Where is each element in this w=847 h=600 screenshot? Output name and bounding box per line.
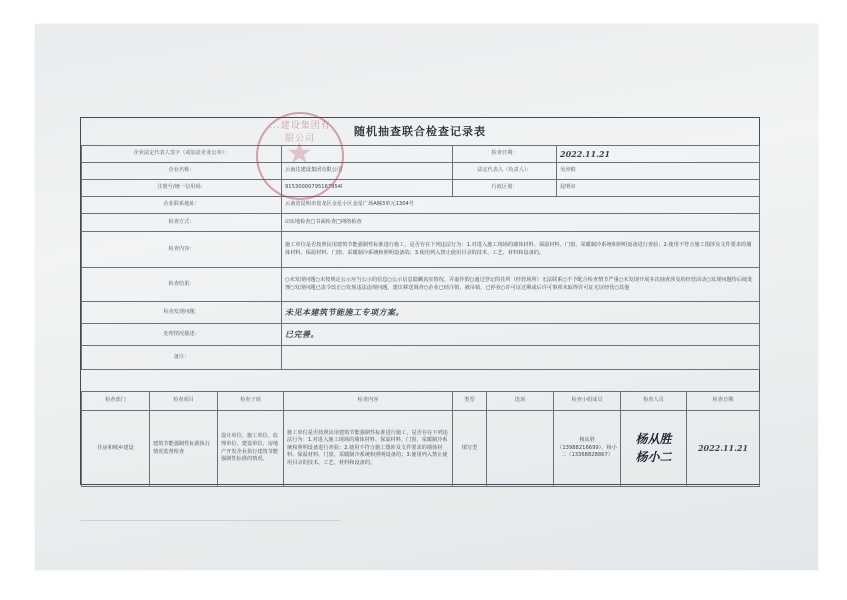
inspect-date-label: 检查日期： <box>453 146 557 163</box>
header-item: 检查项目 <box>150 392 218 411</box>
row-department: 住房和城乡建设 <box>82 411 150 487</box>
rep-sign-value <box>282 146 453 163</box>
remarks-value <box>282 346 760 370</box>
inspector-signature-2: 杨小二 <box>624 449 683 466</box>
address-label: 企业联系地址： <box>82 197 282 214</box>
row-type: 填写型 <box>453 411 487 487</box>
row-content: 施工单位是否按照民用建筑节能强制性标准进行施工，是否存在下列违法行为：1.对进入… <box>284 411 453 487</box>
form-fields-table: 企业法定代表人签字（或加盖企业公章）： 检查日期： 2022.11.21 企业名… <box>81 145 760 370</box>
header-date: 检查日期 <box>687 392 760 411</box>
table-row: 住房和城乡建设 建筑节能强制性标准执行情况监督检查 设计单位、施工单位、监理单位… <box>82 411 760 487</box>
row-handling: 处理情况描述： 已完善。 <box>82 324 760 346</box>
header-inspectors: 检查人员 <box>621 392 687 411</box>
row-address: 企业联系地址： 云南省昆明市盘龙区金星小区金星广场A幢3单元1304号 <box>82 197 760 214</box>
findings-label: 检查发现问题： <box>82 302 282 324</box>
header-subitem: 检查子项 <box>218 392 284 411</box>
header-department: 检查部门 <box>82 392 150 411</box>
result-value: ○未发现问题○未按规定公示应当公示的信息○公示信息隐瞒真实情况、弄虚作假○通过登… <box>282 268 760 302</box>
row-rep-sign: 企业法定代表人签字（或加盖企业公章）： 检查日期： 2022.11.21 <box>82 146 760 163</box>
legal-rep-label: 法定代表人（负责人）： <box>453 163 557 180</box>
row-result: 检查结果： ○未发现问题○未按规定公示应当公示的信息○公示信息隐瞒真实情况、弄虚… <box>82 268 760 302</box>
reg-no-value: 91530000795167954l <box>282 180 453 197</box>
company-name-label: 企业名称： <box>82 163 282 180</box>
remarks-label: 备注： <box>82 346 282 370</box>
inspector-signature-1: 杨从胜 <box>624 431 683 448</box>
result-label: 检查结果： <box>82 268 282 302</box>
findings-value: 未见本建筑节能施工专项方案。 <box>282 302 760 324</box>
content-label: 检查内容： <box>82 232 282 268</box>
row-item: 建筑节能强制性标准执行情况监督检查 <box>150 411 218 487</box>
paper-crease <box>80 520 340 521</box>
row-members: 杨从胜（13988216699）、杨小二（13368828867） <box>554 411 621 487</box>
content-value: 施工单位是否按照民用建筑节能强制性标准进行施工，是否存在下列违法行为：1.对进入… <box>282 232 760 268</box>
row-remarks: 备注： <box>82 346 760 370</box>
header-type: 类型 <box>453 392 487 411</box>
detail-header-row: 检查部门 检查项目 检查子项 检查内容 类型 选项 检查小组成员 检查人员 检查… <box>82 392 760 411</box>
row-date: 2022.11.21 <box>687 411 760 487</box>
row-findings: 检查发现问题： 未见本建筑节能施工专项方案。 <box>82 302 760 324</box>
company-name-value: 云南达建设集团有限公司 <box>282 163 453 180</box>
inspection-form: 随机抽查联合检查记录表 企业法定代表人签字（或加盖企业公章）： 检查日期： 20… <box>80 117 760 485</box>
row-content: 检查内容： 施工单位是否按照民用建筑节能强制性标准进行施工，是否存在下列违法行为… <box>82 232 760 268</box>
rep-sign-label: 企业法定代表人签字（或加盖企业公章）： <box>82 146 282 163</box>
address-value: 云南省昆明市盘龙区金星小区金星广场A幢3单元1304号 <box>282 197 760 214</box>
row-inspectors: 杨从胜 杨小二 <box>621 411 687 487</box>
legal-rep-value: 吴应柏 <box>557 163 760 180</box>
header-option: 选项 <box>487 392 554 411</box>
method-value: ☑实地检查□书面检查□网络检查 <box>282 214 760 232</box>
form-title: 随机抽查联合检查记录表 <box>81 118 759 146</box>
row-subitem: 设计单位、施工单位、监理单位、建设单位、房地产开发企业执行建筑节能强制性标准的情… <box>218 411 284 487</box>
inspection-detail-table: 检查部门 检查项目 检查子项 检查内容 类型 选项 检查小组成员 检查人员 检查… <box>81 391 760 487</box>
admin-region-value: 昆明市 <box>557 180 760 197</box>
row-reg-no: 注册号/统一信用码： 91530000795167954l 行政区划： 昆明市 <box>82 180 760 197</box>
header-content: 检查内容 <box>284 392 453 411</box>
handling-label: 处理情况描述： <box>82 324 282 346</box>
reg-no-label: 注册号/统一信用码： <box>82 180 282 197</box>
inspect-date-value: 2022.11.21 <box>557 146 760 163</box>
header-members: 检查小组成员 <box>554 392 621 411</box>
row-method: 检查方式： ☑实地检查□书面检查□网络检查 <box>82 214 760 232</box>
row-company-name: 企业名称： 云南达建设集团有限公司 法定代表人（负责人）： 吴应柏 <box>82 163 760 180</box>
handling-value: 已完善。 <box>282 324 760 346</box>
row-option <box>487 411 554 487</box>
admin-region-label: 行政区划： <box>453 180 557 197</box>
method-label: 检查方式： <box>82 214 282 232</box>
